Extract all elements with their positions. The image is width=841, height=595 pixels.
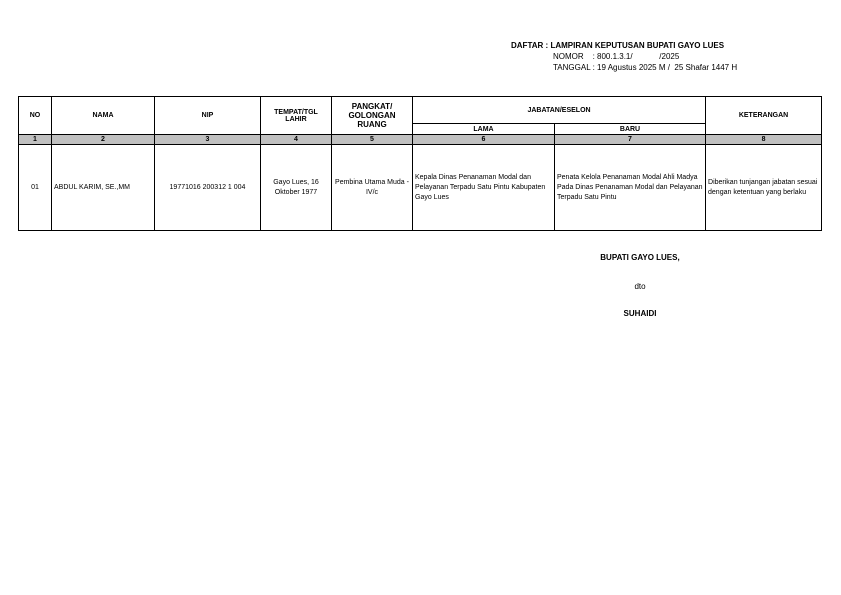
cell-pangkat-golongan: Pembina Utama Muda - IV/c [332, 145, 413, 231]
column-number: 2 [52, 135, 155, 145]
daftar-label: DAFTAR [511, 41, 543, 50]
column-number: 4 [261, 135, 332, 145]
table-row: 01 ABDUL KARIM, SE.,MM 19771016 200312 1… [19, 145, 822, 231]
col-header-jabatan-eselon: JABATAN/ESELON [413, 97, 706, 124]
document-header: DAFTAR : LAMPIRAN KEPUTUSAN BUPATI GAYO … [511, 40, 737, 73]
tanggal-value: : 19 Agustus 2025 M / 25 Shafar 1447 H [593, 63, 738, 72]
column-number: 7 [555, 135, 706, 145]
column-number: 6 [413, 135, 555, 145]
tanggal-label: TANGGAL [553, 63, 590, 72]
attachment-table: NO NAMA NIP TEMPAT/TGL LAHIR PANGKAT/ GO… [18, 96, 822, 231]
column-number: 1 [19, 135, 52, 145]
cell-jabatan-baru: Penata Kelola Penanaman Modal Ahli Madya… [555, 145, 706, 231]
signature-note: dto [560, 282, 720, 291]
col-header-nama: NAMA [52, 97, 155, 135]
col-header-nip: NIP [155, 97, 261, 135]
signature-title: BUPATI GAYO LUES, [560, 253, 720, 262]
column-number-row: 1 2 3 4 5 6 7 8 [19, 135, 822, 145]
col-header-lama: LAMA [413, 124, 555, 135]
col-header-tempat-tgl-lahir: TEMPAT/TGL LAHIR [261, 97, 332, 135]
nomor-value: : 800.1.3.1/ /2025 [593, 52, 680, 61]
column-number: 5 [332, 135, 413, 145]
cell-tempat-tgl-lahir: Gayo Lues, 16 Oktober 1977 [261, 145, 332, 231]
cell-keterangan: Diberikan tunjangan jabatan sesuai denga… [706, 145, 822, 231]
daftar-line: DAFTAR : LAMPIRAN KEPUTUSAN BUPATI GAYO … [511, 40, 737, 51]
cell-jabatan-lama: Kepala Dinas Penanaman Modal dan Pelayan… [413, 145, 555, 231]
cell-nama: ABDUL KARIM, SE.,MM [52, 145, 155, 231]
nomor-label: NOMOR [553, 52, 584, 61]
tanggal-line: TANGGAL : 19 Agustus 2025 M / 25 Shafar … [511, 62, 737, 73]
signature-name: SUHAIDI [560, 309, 720, 318]
col-header-pangkat-golongan: PANGKAT/ GOLONGAN RUANG [332, 97, 413, 135]
daftar-separator: : [546, 41, 549, 50]
col-header-baru: BARU [555, 124, 706, 135]
cell-no: 01 [19, 145, 52, 231]
nomor-line: NOMOR : 800.1.3.1/ /2025 [511, 51, 737, 62]
column-number: 3 [155, 135, 261, 145]
col-header-no: NO [19, 97, 52, 135]
cell-nip: 19771016 200312 1 004 [155, 145, 261, 231]
document-title: LAMPIRAN KEPUTUSAN BUPATI GAYO LUES [550, 41, 724, 50]
column-number: 8 [706, 135, 822, 145]
col-header-keterangan: KETERANGAN [706, 97, 822, 135]
